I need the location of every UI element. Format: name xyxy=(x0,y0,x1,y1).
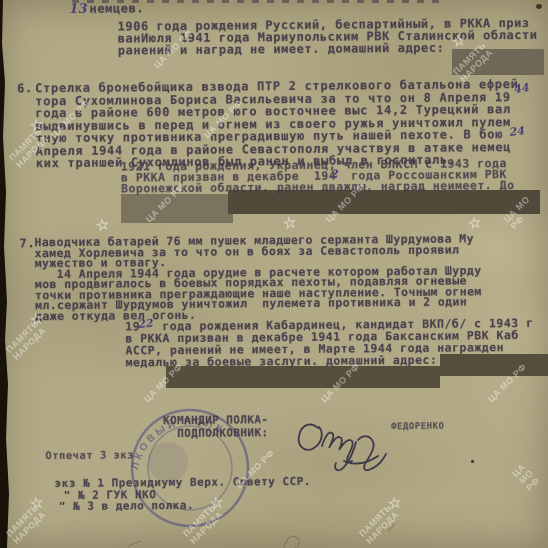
signature-handwriting xyxy=(0,0,548,548)
scanned-document-page: ЛКОВЫЙ ПОЛК 13 немцев. 1906 года рождени… xyxy=(0,0,548,548)
